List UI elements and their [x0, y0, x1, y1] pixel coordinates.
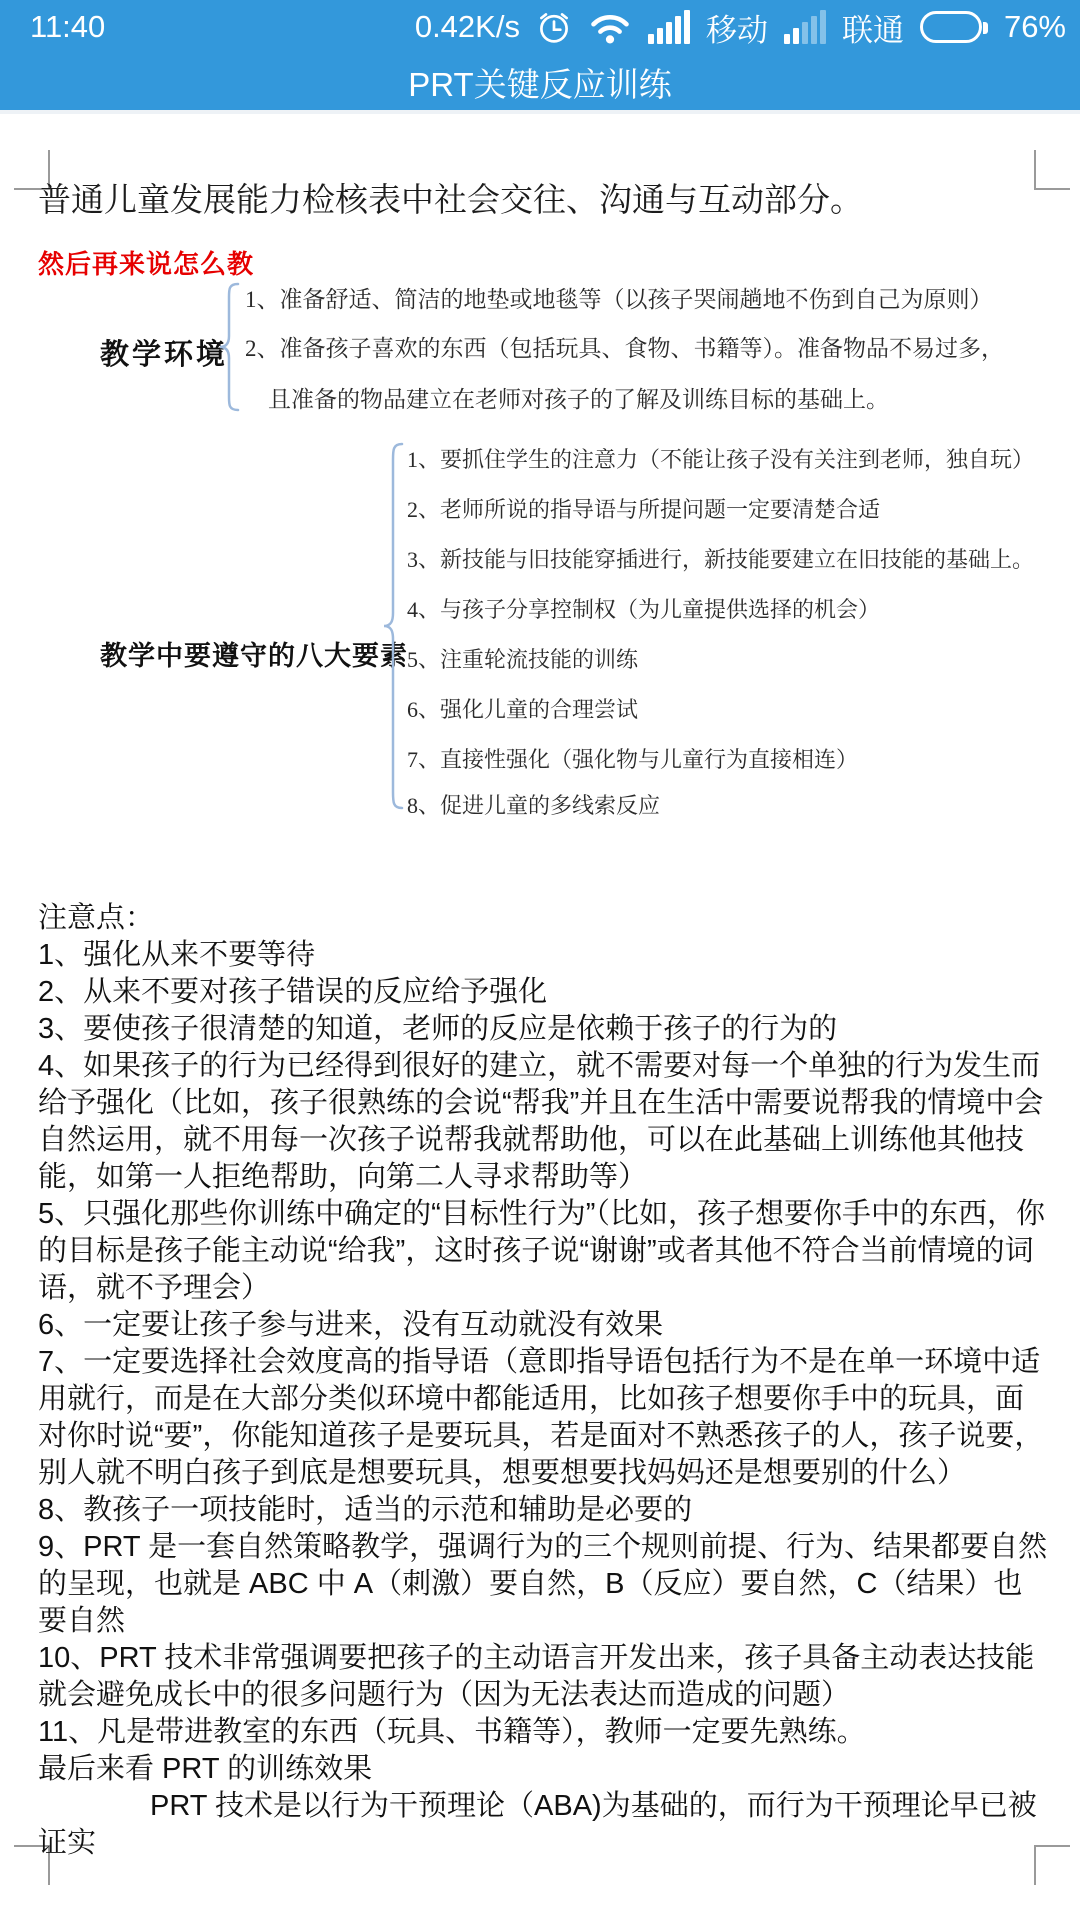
closing-line: 最后来看 PRT 的训练效果 — [38, 1751, 1050, 1788]
carrier-unicom-label: 联通 — [842, 5, 904, 50]
closing-line: PRT 技术是以行为干预理论（ABA)为基础的，而行为干预理论早已被证实 — [38, 1788, 1050, 1862]
diagram-item: 3、新技能与旧技能穿插进行，新技能要建立在旧技能的基础上。 — [407, 546, 1034, 574]
alarm-clock-icon — [536, 9, 572, 45]
notes-section: 注意点： 1、强化从来不要等待 2、从来不要对孩子错误的反应给予强化 3、要使孩… — [38, 900, 1050, 1862]
note-item: 7、一定要选择社会效度高的指导语（意即指导语包括行为不是在单一环境中适用就行，而… — [38, 1344, 1050, 1492]
note-item: 5、只强化那些你训练中确定的“目标性行为”（比如，孩子想要你手中的东西，你的目标… — [38, 1196, 1050, 1307]
diagram-label: 教学中要遵守的八大要素 — [100, 634, 408, 673]
battery-icon — [920, 11, 982, 43]
intro-paragraph: 普通儿童发展能力检核表中社会交往、沟通与互动部分。 — [38, 178, 1048, 222]
teaching-environment-diagram: 教学环境 1、准备舒适、简洁的地垫或地毯等（以孩子哭闹趟地不伤到自己为原则） 2… — [0, 278, 1080, 428]
document-view[interactable]: 普通儿童发展能力检核表中社会交往、沟通与互动部分。 然后再来说怎么教 教学环境 … — [0, 114, 1080, 1920]
diagram-item: 1、要抓住学生的注意力（不能让孩子没有关注到老师，独自玩） — [407, 446, 1034, 474]
curly-brace-icon — [218, 282, 240, 417]
battery-percent: 76% — [1004, 9, 1066, 45]
diagram-item: 2、准备孩子喜欢的东西（包括玩具、食物、书籍等）。准备物品不易过多， — [245, 335, 1004, 363]
clock-time: 11:40 — [30, 9, 105, 45]
carrier-mobile-label: 移动 — [706, 5, 768, 50]
diagram-item: 1、准备舒适、简洁的地垫或地毯等（以孩子哭闹趟地不伤到自己为原则） — [245, 286, 993, 314]
signal-bars-mobile-icon — [648, 10, 690, 44]
red-heading: 然后再来说怎么教 — [38, 244, 254, 281]
network-speed: 0.42K/s — [415, 9, 520, 45]
diagram-item: 6、强化儿童的合理尝试 — [407, 696, 638, 724]
note-item: 6、一定要让孩子参与进来，没有互动就没有效果 — [38, 1307, 1050, 1344]
note-item: 2、从来不要对孩子错误的反应给予强化 — [38, 974, 1050, 1011]
diagram-item: 7、直接性强化（强化物与儿童行为直接相连） — [407, 746, 858, 774]
diagram-item: 5、注重轮流技能的训练 — [407, 646, 638, 674]
note-item: 4、如果孩子的行为已经得到很好的建立，就不需要对每一个单独的行为发生而给予强化（… — [38, 1048, 1050, 1196]
note-item: 1、强化从来不要等待 — [38, 937, 1050, 974]
note-item: 8、教孩子一项技能时，适当的示范和辅助是必要的 — [38, 1492, 1050, 1529]
diagram-label: 教学环境 — [100, 332, 228, 373]
note-item: 11、凡是带进教室的东西（玩具、书籍等），教师一定要先熟练。 — [38, 1714, 1050, 1751]
diagram-item-continuation: 且准备的物品建立在老师对孩子的了解及训练目标的基础上。 — [268, 386, 889, 414]
wifi-icon — [588, 8, 632, 46]
notes-heading: 注意点： — [38, 900, 1050, 937]
app-title-bar: PRT关键反应训练 — [0, 54, 1080, 110]
diagram-item: 2、老师所说的指导语与所提问题一定要清楚合适 — [407, 496, 880, 524]
diagram-item: 8、促进儿童的多线索反应 — [407, 792, 660, 820]
curly-brace-icon — [382, 442, 404, 815]
note-item: 9、PRT 是一套自然策略教学，强调行为的三个规则前提、行为、结果都要自然的呈现… — [38, 1529, 1050, 1640]
page-title: PRT关键反应训练 — [408, 59, 671, 106]
eight-elements-diagram: 教学中要遵守的八大要素 1、要抓住学生的注意力（不能让孩子没有关注到老师，独自玩… — [0, 440, 1080, 820]
note-item: 10、PRT 技术非常强调要把孩子的主动语言开发出来，孩子具备主动表达技能就会避… — [38, 1640, 1050, 1714]
status-bar: 11:40 0.42K/s 移动 联通 7 — [0, 0, 1080, 54]
signal-bars-unicom-icon — [784, 10, 826, 44]
note-item: 3、要使孩子很清楚的知道，老师的反应是依赖于孩子的行为的 — [38, 1011, 1050, 1048]
diagram-item: 4、与孩子分享控制权（为儿童提供选择的机会） — [407, 596, 880, 624]
